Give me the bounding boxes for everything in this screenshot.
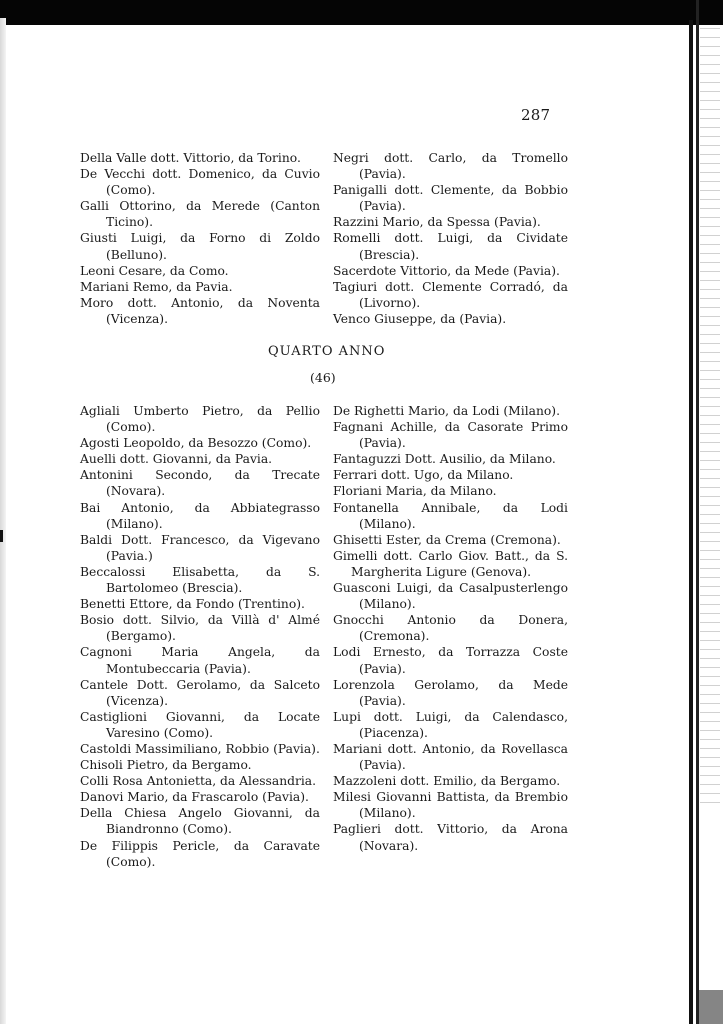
list-item: Castoldi Massimiliano, Robbio (Pavia). [80,741,320,757]
binding-line [696,0,699,1024]
binding-line [689,20,693,1024]
page-number: 287 [521,106,550,124]
list-item: Panigalli dott. Clemente, da Bobbio (Pav… [333,182,568,214]
previous-section-right-column: Negri dott. Carlo, da Tromello (Pavia). … [333,150,568,327]
list-item: Fagnani Achille, da Casorate Primo (Pavi… [333,419,568,451]
list-item: Gnocchi Antonio da Donera, (Cremona). [333,612,568,644]
list-item: Negri dott. Carlo, da Tromello (Pavia). [333,150,568,182]
list-item: Milesi Giovanni Battista, da Brembio (Mi… [333,789,568,821]
list-item: De Vecchi dott. Domenico, da Cuvio (Como… [80,166,320,198]
list-item: Fontanella Annibale, da Lodi (Milano). [333,500,568,532]
list-item: Antonini Secondo, da Trecate (Novara). [80,467,320,499]
list-item: Guasconi Luigi, da Casalpusterlengo (Mil… [333,580,568,612]
scan-top-border [0,0,723,25]
list-item: Lodi Ernesto, da Torrazza Coste (Pavia). [333,644,568,676]
scan-right-binding [685,0,723,1024]
list-item: Venco Giuseppe, da (Pavia). [333,311,568,327]
list-item: Romelli dott. Luigi, da Cividate (Bresci… [333,230,568,262]
list-item: Lorenzola Gerolamo, da Mede (Pavia). [333,677,568,709]
list-item: Cantele Dott. Gerolamo, da Salceto (Vice… [80,677,320,709]
list-item: Cagnoni Maria Angela, da Montubeccaria (… [80,644,320,676]
list-item: Mariani Remo, da Pavia. [80,279,320,295]
list-item: Razzini Mario, da Spessa (Pavia). [333,214,568,230]
list-item: Ghisetti Ester, da Crema (Cremona). [333,532,568,548]
list-item: Giusti Luigi, da Forno di Zoldo (Belluno… [80,230,320,262]
list-item: Moro dott. Antonio, da Noventa (Vicenza)… [80,295,320,327]
scan-left-mark [0,530,3,542]
section-right-column: De Righetti Mario, da Lodi (Milano). Fag… [333,403,568,854]
list-item: Della Valle dott. Vittorio, da Torino. [80,150,320,166]
list-item: Danovi Mario, da Frascarolo (Pavia). [80,789,320,805]
section-count: (46) [310,370,336,385]
list-item: Bosio dott. Silvio, da Villà d' Almé (Be… [80,612,320,644]
list-item: Chisoli Pietro, da Bergamo. [80,757,320,773]
list-item: Auelli dott. Giovanni, da Pavia. [80,451,320,467]
list-item: Sacerdote Vittorio, da Mede (Pavia). [333,263,568,279]
binding-texture [700,25,720,805]
list-item: De Righetti Mario, da Lodi (Milano). [333,403,568,419]
list-item: Fantaguzzi Dott. Ausilio, da Milano. [333,451,568,467]
list-item: Beccalossi Elisabetta, da S. Bartolomeo … [80,564,320,596]
section-title: QUARTO ANNO [268,344,385,359]
scan-left-edge [0,18,6,1024]
list-item: Leoni Cesare, da Como. [80,263,320,279]
list-item: Colli Rosa Antonietta, da Alessandria. [80,773,320,789]
section-left-column: Agliali Umberto Pietro, da Pellio (Como)… [80,403,320,870]
list-item: Galli Ottorino, da Merede (Canton Ticino… [80,198,320,230]
list-item: Tagiuri dott. Clemente Corradó, da (Livo… [333,279,568,311]
list-item: Agosti Leopoldo, da Besozzo (Como). [80,435,320,451]
binding-base [699,990,723,1024]
list-item: Floriani Maria, da Milano. [333,483,568,499]
list-item: Castiglioni Giovanni, da Locate Varesino… [80,709,320,741]
list-item: Ferrari dott. Ugo, da Milano. [333,467,568,483]
list-item: Della Chiesa Angelo Giovanni, da Biandro… [80,805,320,837]
list-item: Benetti Ettore, da Fondo (Trentino). [80,596,320,612]
list-item: Agliali Umberto Pietro, da Pellio (Como)… [80,403,320,435]
list-item: Bai Antonio, da Abbiategrasso (Milano). [80,500,320,532]
list-item: Baldi Dott. Francesco, da Vigevano (Pavi… [80,532,320,564]
list-item: Lupi dott. Luigi, da Calendasco, (Piacen… [333,709,568,741]
list-item: Mazzoleni dott. Emilio, da Bergamo. [333,773,568,789]
list-item: Paglieri dott. Vittorio, da Arona (Novar… [333,821,568,853]
previous-section-left-column: Della Valle dott. Vittorio, da Torino. D… [80,150,320,327]
list-item: Gimelli dott. Carlo Giov. Batt., da S. M… [333,548,568,580]
list-item: Mariani dott. Antonio, da Rovellasca (Pa… [333,741,568,773]
list-item: De Filippis Pericle, da Caravate (Como). [80,838,320,870]
